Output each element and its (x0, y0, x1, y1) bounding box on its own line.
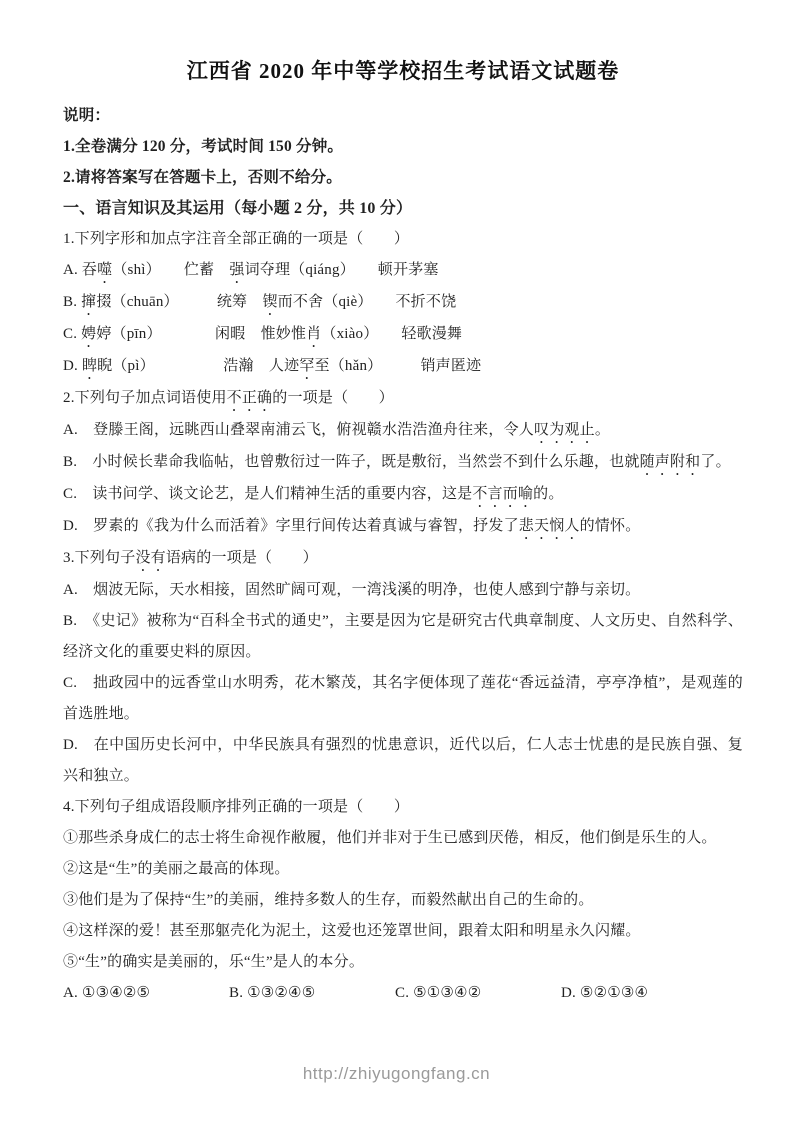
question-3-option-b: B. 《史记》被称为“百科全书式的通史”，主要是因为它是研究古代典章制度、人文历… (63, 606, 743, 668)
emphasized-text: 随声附和 (640, 454, 701, 470)
notice-item-1: 1.全卷满分 120 分，考试时间 150 分钟。 (63, 131, 743, 162)
text-segment: 掇（chuān） 统筹 (96, 294, 262, 310)
question-2-option-a: A. 登滕王阁，远眺西山叠翠南浦云飞，俯视赣水浩浩渔舟往来，令人叹为观止。 (63, 415, 743, 447)
text-segment: A. 登滕王阁，远眺西山叠翠南浦云飞，俯视赣水浩浩渔舟往来，令人 (63, 422, 534, 438)
question-4-sentence-4: ④这样深的爱！甚至那躯壳化为泥土，这爱也还笼罩世间，跟着太阳和明星永久闪耀。 (63, 916, 743, 947)
text-segment: D. (63, 358, 82, 374)
question-2-option-b: B. 小时候长辈命我临帖，也曾敷衍过一阵子，既是敷衍，当然尝不到什么乐趣，也就随… (63, 447, 743, 479)
question-1-stem: 1.下列字形和加点字注音全部正确的一项是（ ） (63, 224, 743, 255)
question-3-stem: 3.下列句子没有语病的一项是（ ） (63, 543, 743, 575)
section-heading: 一、语言知识及其运用（每小题 2 分，共 10 分） (63, 193, 743, 224)
text-segment: A. 吞 (63, 262, 97, 278)
question-1-option-d: D. 睥睨（pì） 浩瀚 人迹罕至（hǎn） 销声匿迹 (63, 351, 743, 383)
text-segment: C. 读书问学、谈文论艺，是人们精神生活的重要内容，这是 (63, 486, 472, 502)
text-segment: （shì） 伫蓄 (112, 262, 229, 278)
question-2-stem: 2.下列句子加点词语使用不正确的一项是（ ） (63, 383, 743, 415)
emphasized-text: 叹为观止 (534, 422, 595, 438)
question-4-choices: A. ①③④②⑤ B. ①③②④⑤ C. ⑤①③④② D. ⑤②①③④ (63, 978, 743, 1009)
emphasized-text: 撺 (81, 294, 96, 310)
text-segment: B. (63, 294, 81, 310)
question-4-stem: 4.下列句子组成语段顺序排列正确的一项是（ ） (63, 792, 743, 823)
text-segment: 的。 (533, 486, 563, 502)
emphasized-text: 睥 (82, 358, 97, 374)
text-segment: 1.下列字形和加点字注音全部正确的一项是（ ） (63, 231, 409, 247)
question-2: 2.下列句子加点词语使用不正确的一项是（ ） A. 登滕王阁，远眺西山叠翠南浦云… (63, 383, 743, 543)
emphasized-text: 罕 (299, 358, 314, 374)
page-title: 江西省 2020 年中等学校招生考试语文试题卷 (63, 56, 743, 86)
question-4-choice-b: B. ①③②④⑤ (229, 978, 395, 1009)
emphasized-text: 锲 (262, 294, 277, 310)
text-segment: 2.下列句子加点词语使用 (63, 390, 227, 406)
question-3: 3.下列句子没有语病的一项是（ ） A. 烟波无际，天水相接，固然旷阔可观，一湾… (63, 543, 743, 792)
exam-page: 江西省 2020 年中等学校招生考试语文试题卷 说明： 1.全卷满分 120 分… (0, 0, 793, 1009)
question-4-choice-a: A. ①③④②⑤ (63, 978, 229, 1009)
question-3-option-c: C. 拙政园中的远香堂山水明秀，花木繁茂，其名字便体现了莲花“香远益清，亭亭净植… (63, 668, 743, 730)
notice-label: 说明： (63, 100, 743, 131)
text-segment: 。 (595, 422, 610, 438)
text-segment: 睨（pì） 浩瀚 人迹 (97, 358, 299, 374)
question-4-sentence-5: ⑤“生”的确实是美丽的，乐“生”是人的本分。 (63, 947, 743, 978)
question-4-sentence-1: ①那些杀身成仁的志士将生命视作敝履，他们并非对于生已感到厌倦，相反，他们倒是乐生… (63, 823, 743, 854)
text-segment: 词夺理（qiáng） 顿开茅塞 (245, 262, 439, 278)
text-segment: 而不舍（qiè） 不折不饶 (278, 294, 457, 310)
question-4-choice-d: D. ⑤②①③④ (561, 978, 648, 1009)
text-segment: 了。 (700, 454, 730, 470)
notice-block: 说明： 1.全卷满分 120 分，考试时间 150 分钟。 2.请将答案写在答题… (63, 100, 743, 193)
emphasized-text: 不正确 (227, 390, 273, 406)
notice-item-2: 2.请将答案写在答题卡上，否则不给分。 (63, 162, 743, 193)
emphasized-text: 强 (229, 262, 244, 278)
emphasized-text: 肖 (306, 326, 321, 342)
question-1-option-c: C. 娉婷（pīn） 闲暇 惟妙惟肖（xiào） 轻歌漫舞 (63, 319, 743, 351)
question-1-option-b: B. 撺掇（chuān） 统筹 锲而不舍（qiè） 不折不饶 (63, 287, 743, 319)
question-4-sentence-2: ②这是“生”的美丽之最高的体现。 (63, 854, 743, 885)
text-segment: （xiào） 轻歌漫舞 (321, 326, 462, 342)
emphasized-text: 不言而喻 (472, 486, 533, 502)
emphasized-text: 娉 (81, 326, 96, 342)
footer-url: http://zhiyugongfang.cn (0, 1064, 793, 1084)
question-2-option-c: C. 读书问学、谈文论艺，是人们精神生活的重要内容，这是不言而喻的。 (63, 479, 743, 511)
question-4-sentence-3: ③他们是为了保持“生”的美丽，维持多数人的生存，而毅然献出自己的生命的。 (63, 885, 743, 916)
emphasized-text: 噬 (97, 262, 112, 278)
question-3-option-d: D. 在中国历史长河中，中华民族具有强烈的忧患意识，近代以后，仁人志士忧患的是民… (63, 730, 743, 792)
text-segment: D. 罗素的《我为什么而活着》字里行间传达着真诚与睿智，抒发了 (63, 518, 519, 534)
question-2-option-d: D. 罗素的《我为什么而活着》字里行间传达着真诚与睿智，抒发了悲天悯人的情怀。 (63, 511, 743, 543)
text-segment: B. 小时候长辈命我临帖，也曾敷衍过一阵子，既是敷衍，当然尝不到什么乐趣，也就 (63, 454, 640, 470)
emphasized-text: 悲天悯人 (519, 518, 580, 534)
text-segment: 的一项是（ ） (272, 390, 394, 406)
text-segment: 的情怀。 (580, 518, 641, 534)
question-1: 1.下列字形和加点字注音全部正确的一项是（ ） A. 吞噬（shì） 伫蓄 强词… (63, 224, 743, 383)
question-4-choice-c: C. ⑤①③④② (395, 978, 561, 1009)
text-segment: 至（hǎn） 销声匿迹 (315, 358, 482, 374)
emphasized-text: 没有 (135, 550, 165, 566)
text-segment: 语病的一项是（ ） (166, 550, 318, 566)
text-segment: 3.下列句子 (63, 550, 135, 566)
question-3-option-a: A. 烟波无际，天水相接，固然旷阔可观，一湾浅溪的明净，也使人感到宁静与亲切。 (63, 575, 743, 606)
text-segment: 婷（pīn） 闲暇 惟妙惟 (96, 326, 306, 342)
text-segment: C. (63, 326, 81, 342)
question-4: 4.下列句子组成语段顺序排列正确的一项是（ ） ①那些杀身成仁的志士将生命视作敝… (63, 792, 743, 1009)
question-1-option-a: A. 吞噬（shì） 伫蓄 强词夺理（qiáng） 顿开茅塞 (63, 255, 743, 287)
